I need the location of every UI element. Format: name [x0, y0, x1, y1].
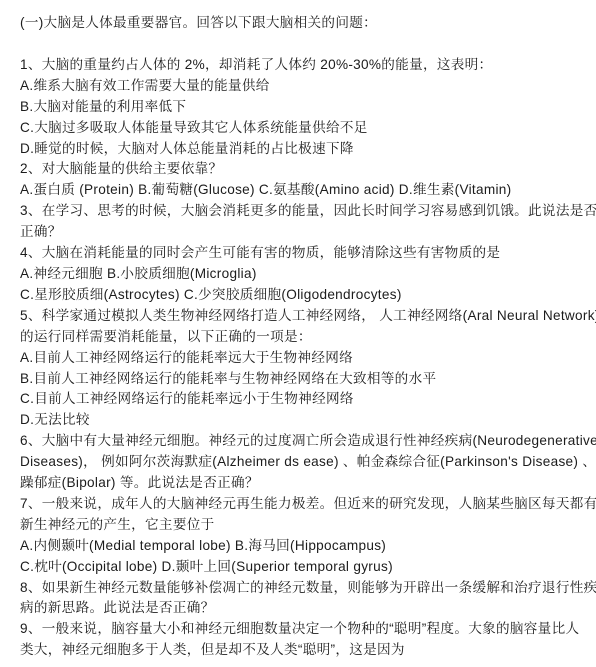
question-5-option-a: A.目前人工神经网络运行的能耗率远大于生物神经网络 [20, 348, 578, 369]
question-5-option-b: B.目前人工神经网络运行的能耗率与生物神经网络在大致相等的水平 [20, 369, 578, 390]
question-3-stem-line-1: 3、在学习、思考的时候，大脑会消耗更多的能量，因此长时间学习容易感到饥饿。此说法… [20, 201, 578, 222]
question-1-option-a: A.维系大脑有效工作需要大量的能量供给 [20, 76, 578, 97]
question-5-option-c: C.目前人工神经网络运行的能耗率远小于生物神经网络 [20, 389, 578, 410]
question-9-stem-line-2: 类大，神经元细胞多于人类，但是却不及人类“聪明”，这是因为 [20, 640, 578, 661]
question-1-option-c: C.大脑过多吸取人体能量导致其它人体系统能量供给不足 [20, 118, 578, 139]
question-3-stem-line-2: 正确？ [20, 222, 578, 243]
question-7-options-ab: A.内侧颞叶(Medial temporal lobe) B.海马回(Hippo… [20, 536, 578, 557]
question-9: 9、一般来说，脑容量大小和神经元细胞数量决定一个物种的“聪明”程度。大象的脑容量… [20, 619, 578, 661]
question-3: 3、在学习、思考的时候，大脑会消耗更多的能量，因此长时间学习容易感到饥饿。此说法… [20, 201, 578, 243]
question-7: 7、一般来说，成年人的大脑神经元再生能力极差。但近来的研究发现，人脑某些脑区每天… [20, 494, 578, 578]
question-8-stem-line-2: 病的新思路。此说法是否正确？ [20, 598, 578, 619]
question-5: 5、科学家通过模拟人类生物神经网络打造人工神经网络， 人工神经网络(Aral N… [20, 306, 578, 431]
question-6-stem-line-3: 躁郁症(Bipolar) 等。此说法是否正确？ [20, 473, 578, 494]
question-1: 1、大脑的重量约占人体的 2%，却消耗了人体约 20%-30%的能量，这表明： … [20, 55, 578, 160]
document-page: (一)大脑是人体最重要器官。回答以下跟大脑相关的问题： 1、大脑的重量约占人体的… [0, 0, 596, 667]
question-6: 6、大脑中有大量神经元细胞。神经元的过度凋亡所会造成退行性神经疾病(Neurod… [20, 431, 578, 494]
question-9-stem-line-1: 9、一般来说，脑容量大小和神经元细胞数量决定一个物种的“聪明”程度。大象的脑容量… [20, 619, 578, 640]
question-1-option-b: B.大脑对能量的利用率低下 [20, 97, 578, 118]
question-4: 4、大脑在消耗能量的同时会产生可能有害的物质，能够清除这些有害物质的是 A.神经… [20, 243, 578, 306]
question-1-option-d: D.睡觉的时候，大脑对人体总能量消耗的占比极速下降 [20, 139, 578, 160]
question-5-stem-line-2: 的运行同样需要消耗能量，以下正确的一项是： [20, 327, 578, 348]
question-2-options: A.蛋白质 (Protein) B.葡萄糖(Glucose) C.氨基酸(Ami… [20, 180, 578, 201]
question-5-stem-line-1: 5、科学家通过模拟人类生物神经网络打造人工神经网络， 人工神经网络(Aral N… [20, 306, 578, 327]
question-6-stem-line-1: 6、大脑中有大量神经元细胞。神经元的过度凋亡所会造成退行性神经疾病(Neurod… [20, 431, 578, 452]
question-2-stem: 2、对大脑能量的供给主要依靠？ [20, 159, 578, 180]
question-7-stem-line-2: 新生神经元的产生，它主要位于 [20, 515, 578, 536]
question-6-stem-line-2: Diseases)， 例如阿尔茨海默症(Alzheimer ds ease) 、… [20, 452, 578, 473]
question-7-options-cd: C.枕叶(Occipital lobe) D.颞叶上回(Superior tem… [20, 557, 578, 578]
question-2: 2、对大脑能量的供给主要依靠？ A.蛋白质 (Protein) B.葡萄糖(Gl… [20, 159, 578, 201]
question-7-stem-line-1: 7、一般来说，成年人的大脑神经元再生能力极差。但近来的研究发现，人脑某些脑区每天… [20, 494, 578, 515]
question-4-stem: 4、大脑在消耗能量的同时会产生可能有害的物质，能够清除这些有害物质的是 [20, 243, 578, 264]
question-1-stem: 1、大脑的重量约占人体的 2%，却消耗了人体约 20%-30%的能量，这表明： [20, 55, 578, 76]
question-8-stem-line-1: 8、如果新生神经元数量能够补偿凋亡的神经元数量，则能够为开辟出一条缓解和治疗退行… [20, 578, 578, 599]
question-8: 8、如果新生神经元数量能够补偿凋亡的神经元数量，则能够为开辟出一条缓解和治疗退行… [20, 578, 578, 620]
question-4-options-cd: C.星形胶质细(Astrocytes) C.少突胶质细胞(Oligodendro… [20, 285, 578, 306]
question-5-option-d: D.无法比较 [20, 410, 578, 431]
question-4-options-ab: A.神经元细胞 B.小胶质细胞(Microglia) [20, 264, 578, 285]
section-intro: (一)大脑是人体最重要器官。回答以下跟大脑相关的问题： [20, 13, 578, 34]
